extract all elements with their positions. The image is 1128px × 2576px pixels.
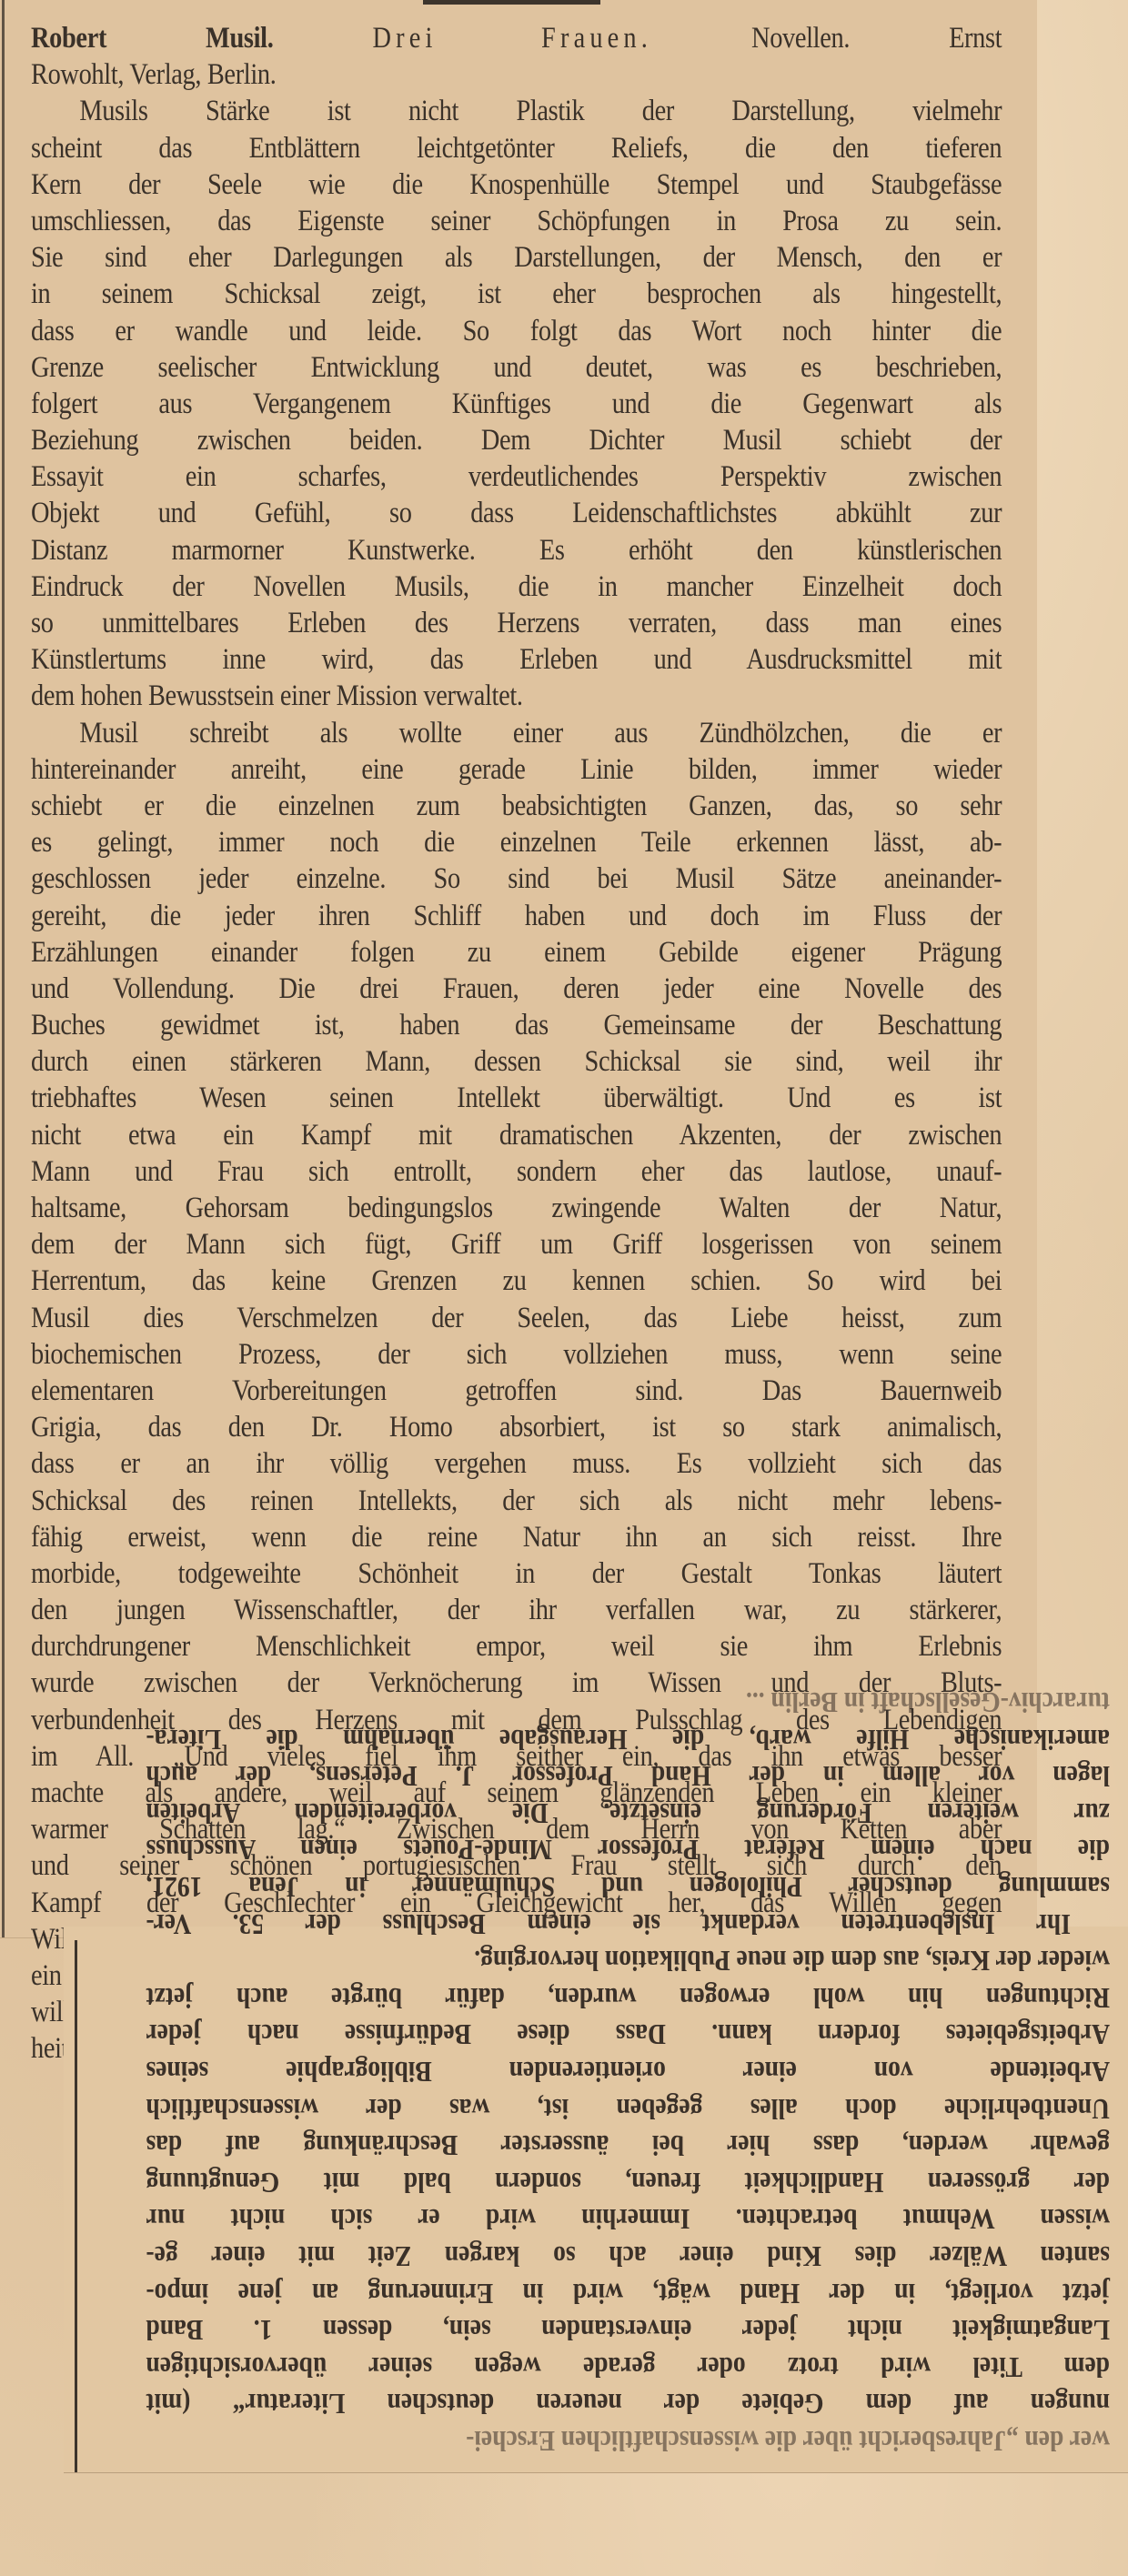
text-line: schiebt er die einzelnen zum beabsichtig… [31,788,1002,824]
text-line: lagen vor allem in der Hand Professor J.… [146,1758,1110,1796]
text-line: Schicksal des reinen Intellekts, der sic… [31,1483,1002,1519]
text-line: triebhaftes Wesen seinen Intellekt überw… [31,1080,1002,1116]
text-line: Musil dies Verschmelzen der Seelen, das … [31,1300,1002,1336]
text-line: Musils Stärke ist nicht Plastik der Dars… [31,93,1002,129]
text-line: nungen auf dem Gebiete der neueren deuts… [146,2386,1110,2423]
text-line: Herrentum, das keine Grenzen zu kennen s… [31,1263,1002,1299]
review-publisher: Rowohlt, Verlag, Berlin. [31,56,1002,93]
text-line: Eindruck der Novellen Musils, die in man… [31,569,1002,605]
text-line: durchdrungener Menschlichkeit empor, wei… [31,1628,1002,1665]
text-line: elementaren Vorbereitungen getroffen sin… [31,1373,1002,1409]
review-clipping: Robert Musil. Drei Frauen. Novellen. Ern… [0,0,1037,1937]
text-line: durch einen stärkeren Mann, dessen Schic… [31,1043,1002,1080]
text-line: santen Wälzer dies Kind einer ach so kar… [146,2238,1110,2275]
text-line: wer den „Jahresbericht über die wissensc… [146,2422,1110,2460]
text-line: Kern der Seele wie die Knospenhülle Stem… [31,166,1002,203]
text-line: es gelingt, immer noch die einzelnen Tei… [31,824,1002,860]
text-line: Unentbehrliche doch alles gegeben ist, w… [146,2090,1110,2128]
text-line: Richtungen hin wohl erwogen wurden, dafü… [146,1979,1110,2017]
text-line: Beziehung zwischen beiden. Dem Dichter M… [31,422,1002,458]
clipping-body: wer den „Jahresbericht über die wissensc… [146,1685,1110,2460]
text-line: hintereinander anreiht, eine gerade Lini… [31,751,1002,788]
text-line: sammlung deutscher Philologen und Schulm… [146,1869,1110,1907]
review-book-title: Drei Frauen. [372,22,652,55]
text-line: folgert aus Vergangenem Künftiges und di… [31,386,1002,422]
text-line: Erzählungen einander folgen zu einem Geb… [31,934,1002,971]
text-line: dem hohen Bewusstsein einer Mission verw… [31,678,1002,714]
upside-down-clipping: wer den „Jahresbericht über die wissensc… [64,1927,1128,2473]
column-rule [2,0,5,1937]
text-line: Buches gewidmet ist, haben das Gemeinsam… [31,1007,1002,1043]
text-line: gereiht, die jeder ihren Schliff haben u… [31,898,1002,934]
text-line: dem Titel wird trotz oder gerade wegen s… [146,2349,1110,2386]
text-line: Grigia, das den Dr. Homo absorbiert, ist… [31,1409,1002,1445]
text-line: fähig erweist, wenn die reine Natur ihn … [31,1519,1002,1555]
text-line: und Vollendung. Die drei Frauen, deren j… [31,971,1002,1007]
text-line: Musil schreibt als wollte einer aus Zünd… [31,715,1002,751]
text-line: morbide, todgeweihte Schönheit in der Ge… [31,1555,1002,1592]
text-line: in seinem Schicksal zeigt, ist eher besp… [31,276,1002,312]
text-line: jetzt vorliegt, in der Hand wägt, wird i… [146,2275,1110,2312]
rotated-content: wer den „Jahresbericht über die wissensc… [64,1927,1128,2472]
text-line: den jungen Wissenschaftler, der ihr verf… [31,1592,1002,1628]
text-line: dass er wandle und leide. So folgt das W… [31,313,1002,349]
text-line: Mann und Frau sich entrollt, sondern ehe… [31,1153,1002,1190]
text-line: Grenze seelischer Entwicklung und deutet… [31,349,1002,386]
review-heading: Robert Musil. Drei Frauen. Novellen. Ern… [31,20,1002,56]
text-line: nicht etwa ein Kampf mit dramatischen Ak… [31,1117,1002,1153]
text-line: Distanz marmorner Kunstwerke. Es erhöht … [31,532,1002,569]
text-line: Essayit ein scharfes, verdeutlichendes P… [31,458,1002,495]
column-rule [75,1940,77,2472]
text-line: Arbeitsgebietes fordern kann. Dass diese… [146,2017,1110,2054]
text-line: gewahr werden, dass hier bei äusserster … [146,2128,1110,2165]
text-line: Arbeitende von einer orientierenden Bibl… [146,2053,1110,2090]
text-line: turarchiv-Gesellschaft in Berlin ... [146,1685,1110,1722]
text-line: Künstlertums inne wird, das Erleben und … [31,641,1002,678]
text-line: Langatmigkeit nicht jeder einverstanden … [146,2312,1110,2350]
text-line: biochemischen Prozess, der sich vollzieh… [31,1336,1002,1373]
text-line: umschliessen, das Eigenste seiner Schöpf… [31,203,1002,239]
text-line: dass er an ihr völlig vergehen muss. Es … [31,1445,1002,1482]
text-line: geschlossen jeder einzelne. So sind bei … [31,860,1002,897]
section-rule [423,0,600,5]
text-line: scheint das Entblättern leichtgetönter R… [31,130,1002,166]
text-line: dem der Mann sich fügt, Griff um Griff l… [31,1226,1002,1263]
text-line: wissen Wehmut betrachten. Immerhin wird … [146,2201,1110,2239]
text-line: zur weiteren Förderung einsetzte. Die vo… [146,1795,1110,1832]
review-publication-info: Novellen. Ernst [751,22,1002,55]
text-line: wieder der Kreis, aus dem die neue Publi… [146,1943,1110,1980]
text-line: haltsame, Gehorsam bedingungslos zwingen… [31,1190,1002,1226]
text-line: die nach einem Referat Professor Minde-P… [146,1832,1110,1869]
text-line: der grösseren Handlichkeit freuen, sonde… [146,2164,1110,2201]
text-line: so unmittelbares Erleben des Herzens ver… [31,605,1002,641]
text-line: Sie sind eher Darlegungen als Darstellun… [31,239,1002,276]
text-line: amerikanische Hilfe warb, die Herausgabe… [146,1721,1110,1758]
text-line: Ihr Inslebentreten verdankt sie einem Be… [146,1906,1110,1943]
review-author: Robert Musil. [31,22,273,55]
text-line: Objekt und Gefühl, so dass Leidenschaftl… [31,495,1002,531]
